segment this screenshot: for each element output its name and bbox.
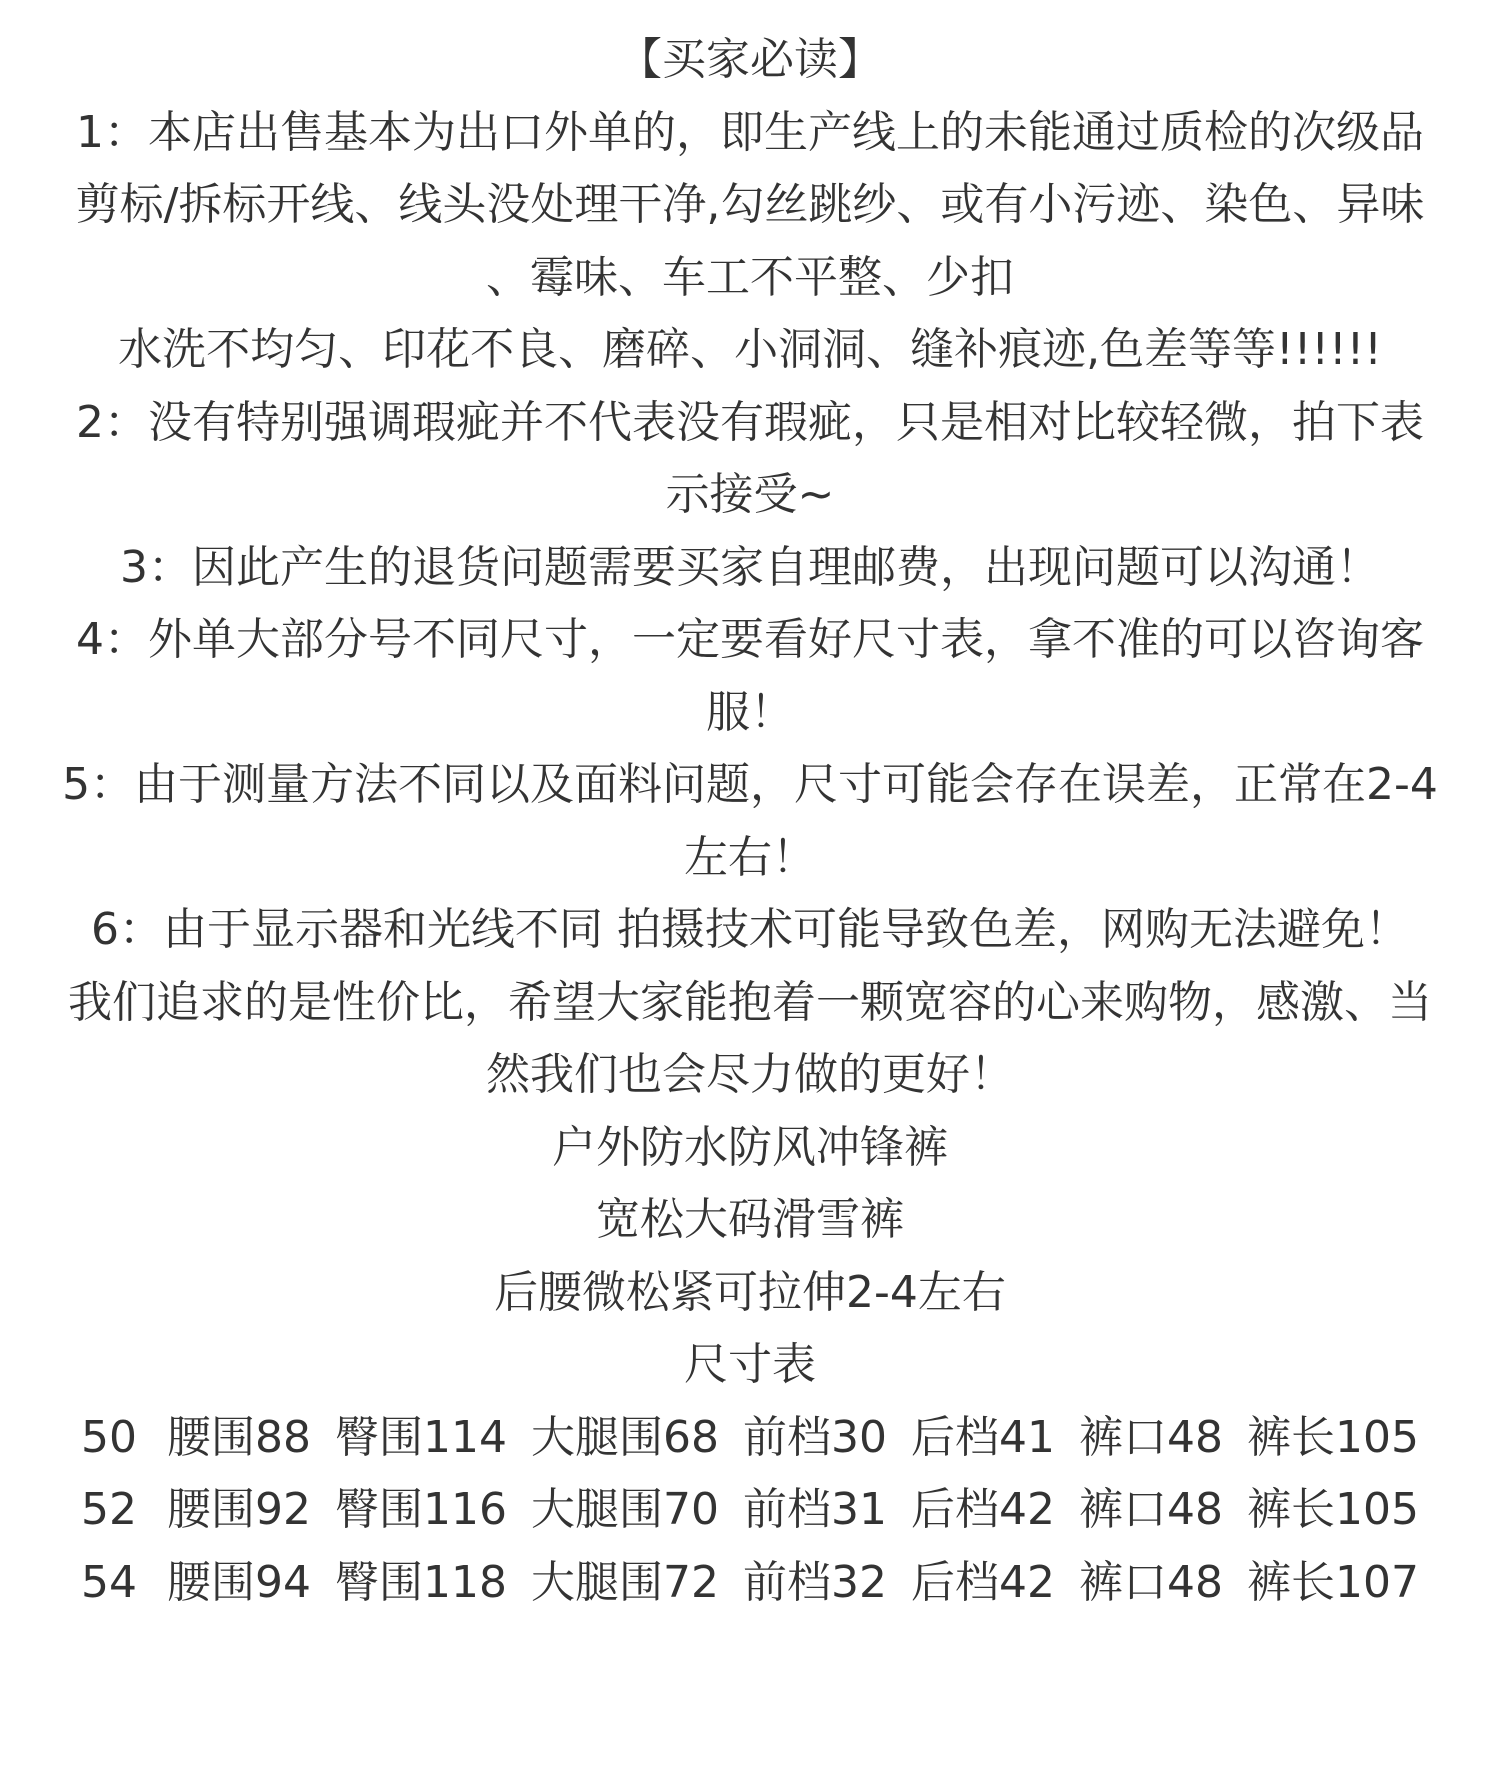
size-row-54: 54 腰围94 臀围118 大腿围72 前档32 后档42 裤口48 裤长107	[0, 1547, 1500, 1620]
notice-line: 服！	[0, 677, 1500, 750]
size-label: 54	[81, 1547, 137, 1620]
size-label: 52	[81, 1474, 137, 1547]
size-row-50: 50 腰围88 臀围114 大腿围68 前档30 后档41 裤口48 裤长105	[0, 1402, 1500, 1475]
hip-measure: 臀围118	[335, 1547, 507, 1620]
notice-line: 1：本店出售基本为出口外单的，即生产线上的未能通过质检的次级品	[0, 97, 1500, 170]
waist-measure: 腰围94	[167, 1547, 311, 1620]
leg-opening-measure: 裤口48	[1079, 1547, 1223, 1620]
front-rise-measure: 前档32	[743, 1547, 887, 1620]
hip-measure: 臀围114	[335, 1402, 507, 1475]
notice-line: 2：没有特别强调瑕疵并不代表没有瑕疵，只是相对比较轻微，拍下表	[0, 387, 1500, 460]
notice-line: 示接受~	[0, 459, 1500, 532]
length-measure: 裤长107	[1247, 1547, 1419, 1620]
hip-measure: 臀围116	[335, 1474, 507, 1547]
size-row-52: 52 腰围92 臀围116 大腿围70 前档31 后档42 裤口48 裤长105	[0, 1474, 1500, 1547]
notice-line: 3：因此产生的退货问题需要买家自理邮费，出现问题可以沟通！	[0, 532, 1500, 605]
front-rise-measure: 前档30	[743, 1402, 887, 1475]
length-measure: 裤长105	[1247, 1474, 1419, 1547]
notice-line: 5：由于测量方法不同以及面料问题，尺寸可能会存在误差，正常在2-4	[0, 749, 1500, 822]
notice-line: 水洗不均匀、印花不良、磨碎、小洞洞、缝补痕迹,色差等等!!!!!!	[0, 314, 1500, 387]
waist-measure: 腰围88	[167, 1402, 311, 1475]
product-waist-note: 后腰微松紧可拉伸2-4左右	[0, 1257, 1500, 1330]
length-measure: 裤长105	[1247, 1402, 1419, 1475]
back-rise-measure: 后档41	[911, 1402, 1055, 1475]
product-subtitle: 宽松大码滑雪裤	[0, 1184, 1500, 1257]
product-name: 户外防水防风冲锋裤	[0, 1112, 1500, 1185]
notice-line: 6：由于显示器和光线不同 拍摄技术可能导致色差，网购无法避免！	[0, 894, 1500, 967]
page-title: 【买家必读】	[0, 24, 1500, 97]
waist-measure: 腰围92	[167, 1474, 311, 1547]
notice-line: 4：外单大部分号不同尺寸，一定要看好尺寸表，拿不准的可以咨询客	[0, 604, 1500, 677]
notice-line: 然我们也会尽力做的更好！	[0, 1039, 1500, 1112]
notice-line: 剪标/拆标开线、线头没处理干净,勾丝跳纱、或有小污迹、染色、异味	[0, 169, 1500, 242]
leg-opening-measure: 裤口48	[1079, 1474, 1223, 1547]
size-label: 50	[81, 1402, 137, 1475]
notice-line: 我们追求的是性价比，希望大家能抱着一颗宽容的心来购物，感激、当	[0, 967, 1500, 1040]
thigh-measure: 大腿围70	[531, 1474, 719, 1547]
size-chart-heading: 尺寸表	[0, 1329, 1500, 1402]
thigh-measure: 大腿围68	[531, 1402, 719, 1475]
leg-opening-measure: 裤口48	[1079, 1402, 1223, 1475]
front-rise-measure: 前档31	[743, 1474, 887, 1547]
notice-line: 左右！	[0, 822, 1500, 895]
buyer-notice-document: 【买家必读】 1：本店出售基本为出口外单的，即生产线上的未能通过质检的次级品 剪…	[0, 24, 1500, 1619]
back-rise-measure: 后档42	[911, 1474, 1055, 1547]
back-rise-measure: 后档42	[911, 1547, 1055, 1620]
notice-line: 、霉味、车工不平整、少扣	[0, 242, 1500, 315]
thigh-measure: 大腿围72	[531, 1547, 719, 1620]
